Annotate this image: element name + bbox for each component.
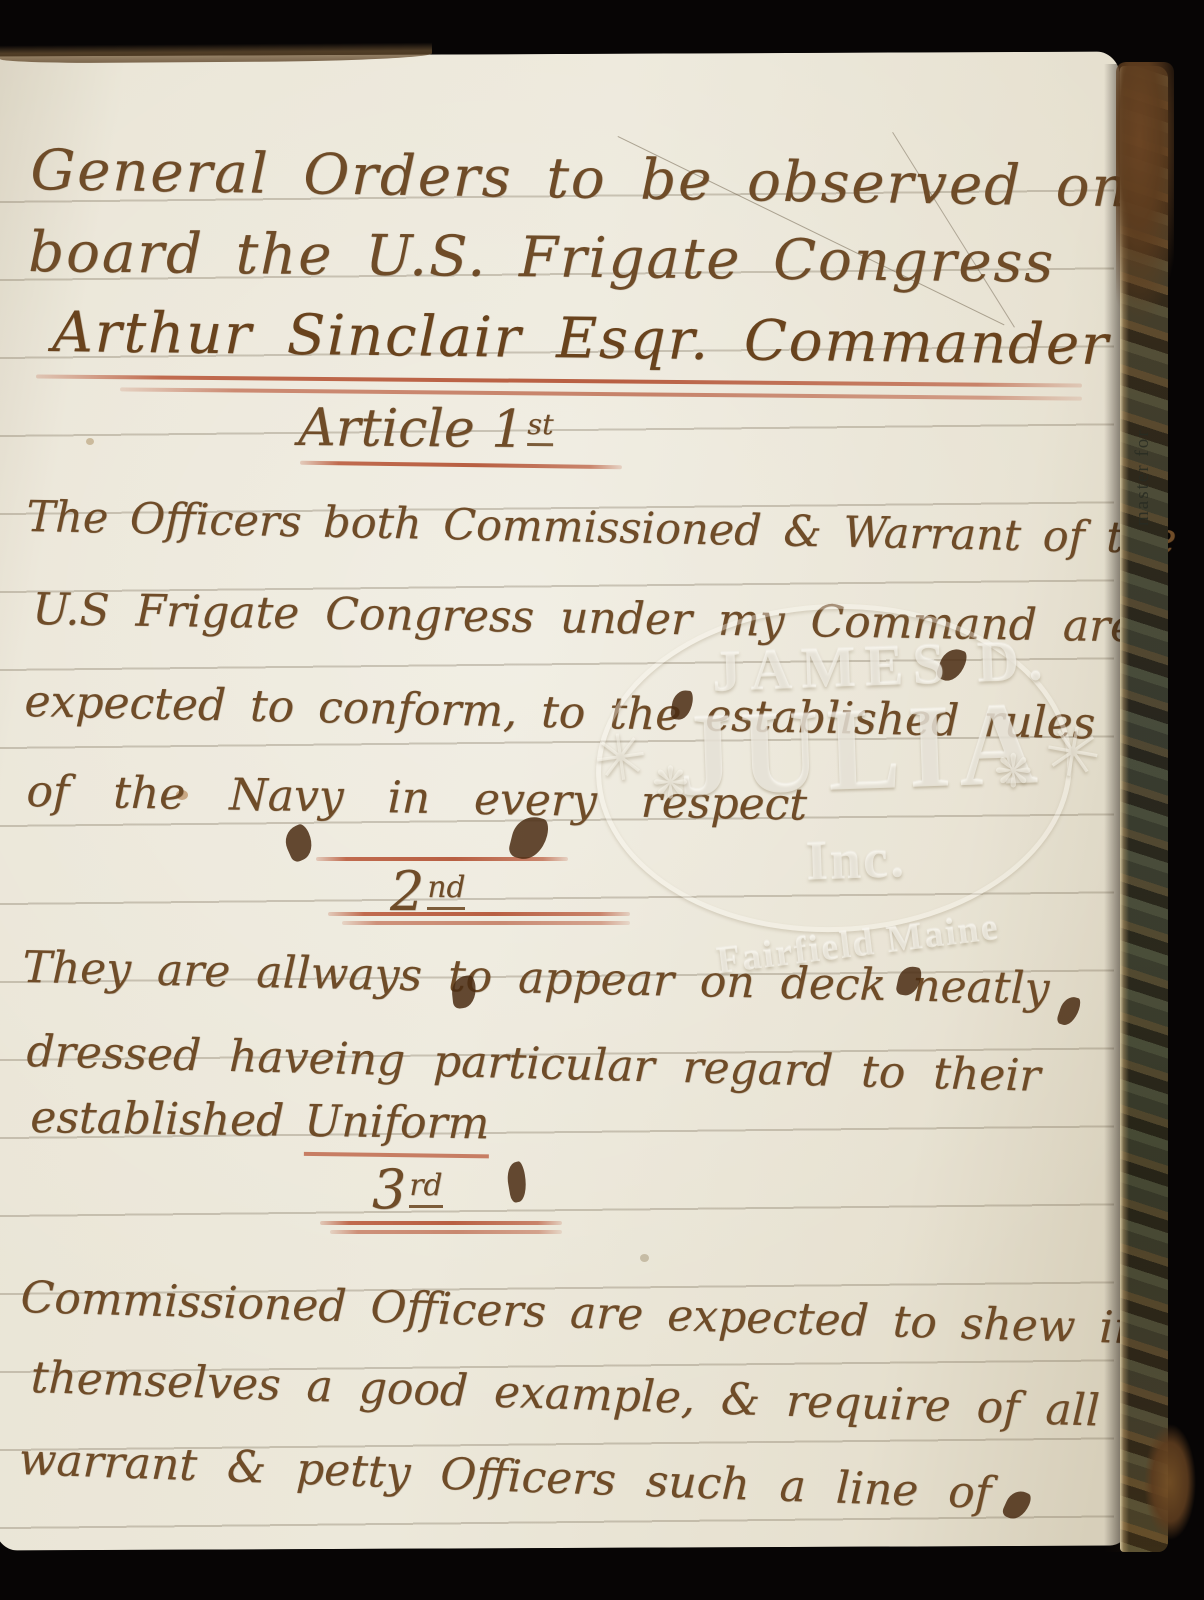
handwriting-word-uniform-underlined: Uniform (304, 1096, 490, 1159)
spine-printed-fragment: master for (1132, 428, 1154, 526)
spine-corner-patch (1144, 1424, 1196, 1540)
handwriting-title-line-2: board the U.S. Frigate Congress (28, 220, 1055, 296)
watermark-flower-ornament-icon: ❋ (652, 758, 689, 809)
handwriting-word: established (30, 1092, 285, 1147)
heading-number: 3 (372, 1158, 406, 1221)
foxing-spot (640, 1254, 649, 1262)
section-heading-3rd: 3rd (372, 1158, 443, 1221)
heading-ordinal-suffix: st (527, 407, 554, 446)
heading-ordinal-suffix: nd (427, 870, 465, 910)
spine-frayed-top (1116, 62, 1174, 332)
handwriting-line: establishedUniform (30, 1092, 490, 1149)
watermark-flower-ornament-icon: ❋ (994, 744, 1033, 798)
red-underline-3rd (320, 1221, 562, 1225)
watermark-text-inc: Inc. (805, 826, 907, 893)
heading-number: Article 1 (298, 398, 525, 460)
red-underline-3rd-2 (330, 1230, 562, 1234)
section-heading-2nd: 2nd (390, 860, 465, 923)
red-underline-2nd (328, 912, 630, 916)
heading-ordinal-suffix: rd (409, 1168, 442, 1208)
red-underline-2nd-2 (342, 921, 630, 925)
heading-number: 2 (390, 860, 424, 923)
section-heading-article-1: Article 1st (298, 398, 554, 460)
watermark-star-ornament-icon: ✳ (589, 719, 652, 800)
manuscript-photo: General Orders to be observed on board t… (0, 0, 1204, 1600)
handwriting-title-line-3: Arthur Sinclair Esqr. Commander (52, 300, 1110, 378)
foxing-spot (86, 438, 94, 445)
watermark-text-julia: JULIA (676, 675, 1048, 824)
